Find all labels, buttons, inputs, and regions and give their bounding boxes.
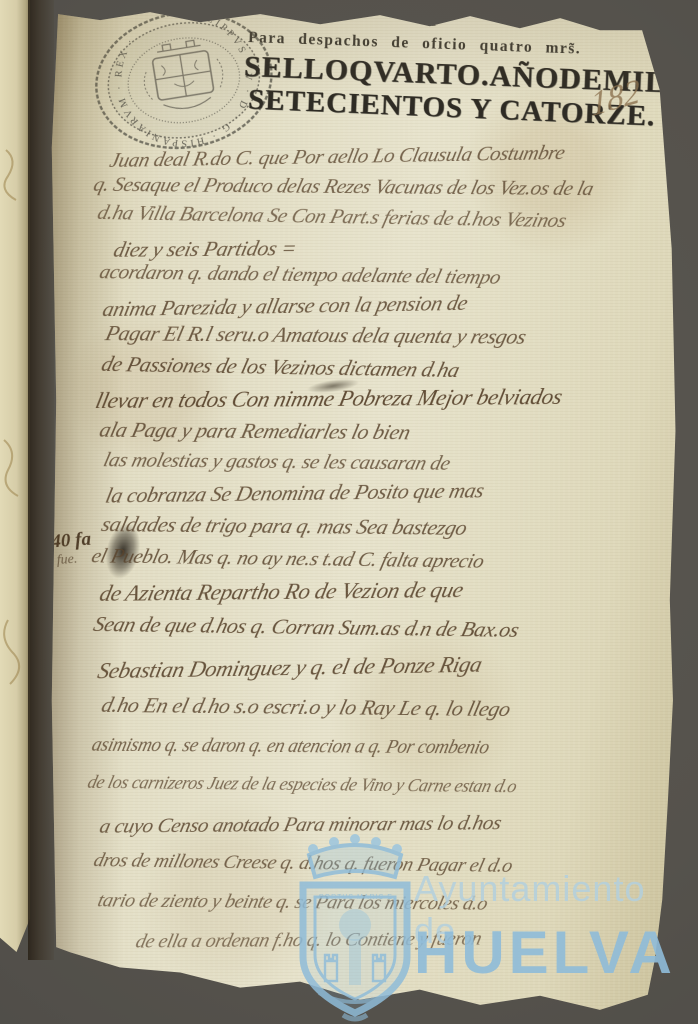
manuscript-line: llevar en todos Con nimme Pobreza Mejor … [93, 384, 564, 414]
manuscript-line: tario de ziento y beinte q. se Para los … [95, 889, 490, 915]
manuscript-line: de los carnizeros Juez de la especies de… [85, 772, 518, 797]
manuscript-line: la cobranza Se Denomina de Posito que ma… [103, 477, 486, 508]
manuscript-line: de Passiones de los Vezinos dictamen d.h… [99, 351, 462, 383]
manuscript-line: asimismo q. se daron q. en atencion a q.… [89, 735, 491, 760]
printer-ornament-icon: ✠ [426, 12, 439, 31]
manuscript-line: d.ha Villa Barcelona Se Con Part.s feria… [95, 200, 569, 233]
margin-note: 40 fa fue. [51, 529, 93, 570]
manuscript-page: PHILIPPVS · V · D · G · HISPANIARVM · RE… [48, 6, 678, 1018]
manuscript-line: dros de millones Creese q. d.hos q. fuer… [91, 849, 515, 878]
ink-blot [584, 594, 596, 604]
manuscript-line: ala Paga y para Remediarles lo bien [97, 417, 413, 446]
manuscript-line: d.ho En el d.ho s.o escri.o y lo Ray Le … [99, 692, 513, 722]
previous-page-ink-showthrough [0, 0, 30, 952]
book-gutter-shadow [28, 0, 54, 960]
manuscript-line: Pagar El R.l seru.o Amatous dela quenta … [103, 320, 529, 350]
manuscript-line: diez y seis Partidos = [111, 235, 299, 263]
manuscript-line: las molestias y gastos q. se les causara… [101, 447, 453, 476]
manuscript-line: a cuyo Censo anotado Para minorar mas lo… [97, 810, 504, 839]
manuscript-line: anima Parezida y allarse con la pension … [100, 290, 470, 322]
manuscript-line: acordaron q. dando el tiempo adelante de… [97, 259, 503, 290]
manuscript-line: q. Sesaque el Produco delas Rezes Vacuna… [91, 172, 596, 201]
manuscript-line: Sebastian Dominguez y q. el de Ponze Rig… [95, 652, 484, 685]
margin-note-line1: 40 fa [51, 529, 92, 554]
previous-page-edge [0, 0, 30, 952]
manuscript-line: el Pueblo. Mas q. no ay ne.s t.ad C. fal… [89, 543, 487, 573]
archive-photo-background: PHILIPPVS · V · D · G · HISPANIARVM · RE… [0, 0, 698, 1024]
manuscript-line: saldades de trigo para q. mas Sea bastez… [99, 511, 470, 541]
manuscript-line: de ella a ordenan f.ho q. lo Contiene y … [133, 927, 483, 953]
margin-note-line2: fue. [56, 551, 93, 569]
manuscript-line: de Azienta Repartho Ro de Vezion de que [97, 577, 465, 607]
manuscript-line: Sean de que d.hos q. Corran Sum.as d.n d… [91, 611, 522, 643]
